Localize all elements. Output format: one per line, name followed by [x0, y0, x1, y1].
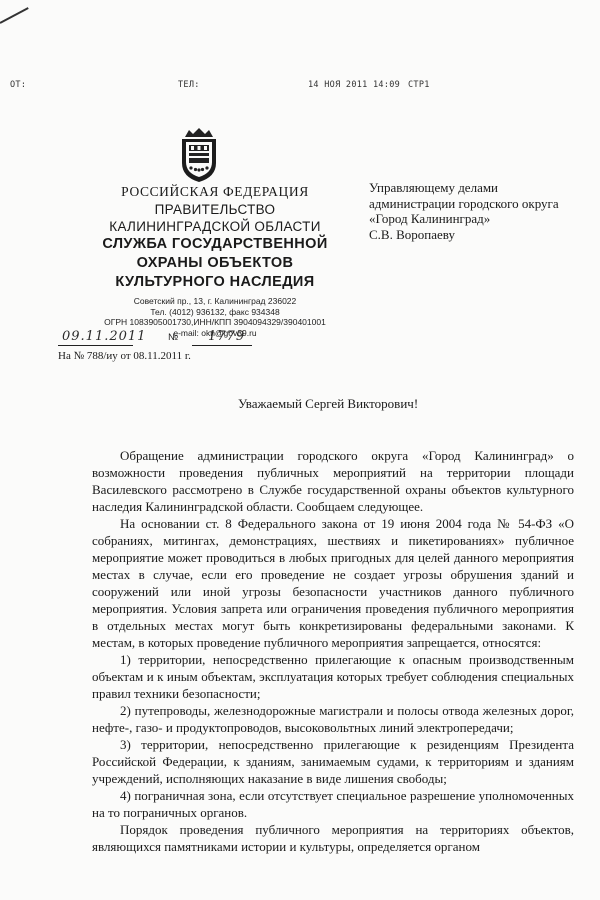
body-paragraph: Порядок проведения публичного мероприяти… [92, 821, 574, 855]
number-underline [192, 345, 252, 346]
letterhead-address: Советский пр., 13, г. Калининград 236022 [90, 296, 340, 307]
body-list-item: 3) территории, непосредственно прилегающ… [92, 736, 574, 787]
letterhead-registration-ids: ОГРН 1083905001730,ИНН/КПП 3904094329/39… [90, 317, 340, 328]
letter-body: Обращение администрации городского округ… [92, 447, 574, 855]
addressee-line2: администрации городского округа [369, 196, 599, 212]
body-paragraph: На основании ст. 8 Федерального закона о… [92, 515, 574, 651]
fax-from-label: ОТ: [10, 80, 26, 90]
fax-page-number: СТР1 [408, 80, 430, 90]
incoming-reference: На № 788/иу от 08.11.2011 г. [58, 350, 191, 362]
addressee-line3: «Город Калининград» [369, 211, 599, 227]
letterhead-country: РОССИЙСКАЯ ФЕДЕРАЦИЯ [90, 183, 340, 201]
letterhead-service-line2: ОХРАНЫ ОБЪЕКТОВ [90, 254, 340, 273]
body-list-item: 4) пограничная зона, если отсутствует сп… [92, 787, 574, 821]
letterhead: РОССИЙСКАЯ ФЕДЕРАЦИЯ ПРАВИТЕЛЬСТВО КАЛИН… [90, 183, 340, 338]
body-list-item: 1) территории, непосредственно прилегающ… [92, 651, 574, 702]
outgoing-number: 1779 [208, 329, 245, 344]
letterhead-service-line3: КУЛЬТУРНОГО НАСЛЕДИЯ [90, 273, 340, 292]
outgoing-registration: 09.11.2011 № 1779 [58, 332, 323, 348]
date-underline [58, 345, 133, 346]
body-list-item: 2) путепроводы, железнодорожные магистра… [92, 702, 574, 736]
addressee-line4: С.В. Воропаеву [369, 227, 599, 243]
outgoing-number-label: № [168, 332, 178, 343]
letterhead-government-line2: КАЛИНИНГРАДСКОЙ ОБЛАСТИ [90, 218, 340, 235]
fax-tel-label: ТЕЛ: [178, 80, 200, 90]
coat-of-arms-icon [177, 127, 221, 183]
addressee-line1: Управляющему делами [369, 180, 599, 196]
body-paragraph: Обращение администрации городского округ… [92, 447, 574, 515]
outgoing-date: 09.11.2011 [62, 329, 146, 344]
letterhead-service-line1: СЛУЖБА ГОСУДАРСТВЕННОЙ [90, 235, 340, 254]
scan-pen-mark [0, 7, 29, 24]
fax-datetime: 14 НОЯ 2011 14:09 [308, 80, 400, 90]
salutation: Уважаемый Сергей Викторович! [238, 396, 418, 412]
letterhead-phone-fax: Тел. (4012) 936132, факс 934348 [90, 307, 340, 318]
addressee-block: Управляющему делами администрации городс… [369, 180, 599, 242]
fax-header: ОТ: ТЕЛ: 14 НОЯ 2011 14:09 СТР1 [10, 80, 590, 94]
letterhead-government-line1: ПРАВИТЕЛЬСТВО [90, 201, 340, 218]
